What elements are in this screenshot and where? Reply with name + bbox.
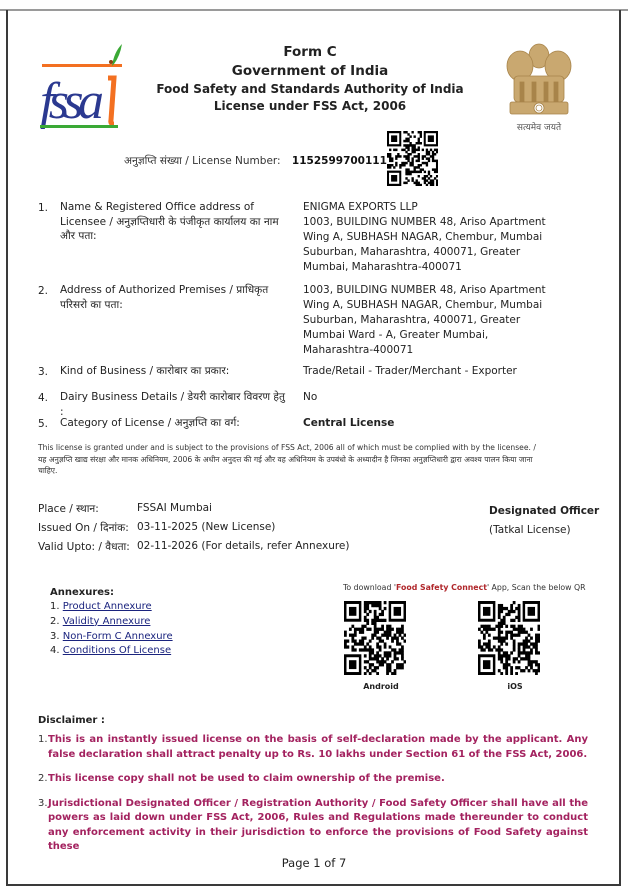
document-header: Form C Government of India Food Safety a…	[150, 43, 470, 115]
field-number: 1.	[38, 202, 48, 214]
issued-label: Issued On / दिनांक:	[38, 521, 129, 535]
fssai-logo: fssa	[38, 42, 123, 130]
place-label: Place / स्थान:	[38, 502, 99, 516]
disclaimer-text: Jurisdictional Designated Officer / Regi…	[48, 798, 588, 853]
field-label: Category of License / अनुज्ञप्ति का वर्ग…	[60, 416, 288, 431]
app-download-text: To download 'Food Safety Connect' App, S…	[343, 583, 586, 592]
app-download-prefix: To download '	[343, 583, 396, 592]
field-number: 3.	[38, 366, 48, 378]
annexure-number: 1.	[50, 601, 60, 612]
page-number: Page 1 of 7	[0, 856, 628, 870]
officer-subtitle: (Tatkal License)	[489, 521, 599, 540]
annexure-number: 4.	[50, 645, 60, 656]
non-form-c-annexure-link[interactable]: Non-Form C Annexure	[63, 631, 173, 642]
field-value: ENIGMA EXPORTS LLP 1003, BUILDING NUMBER…	[303, 200, 553, 275]
ios-qr-code-icon	[478, 601, 540, 675]
field-label: Dairy Business Details / डेयरी कारोबार व…	[60, 390, 288, 419]
field-number: 4.	[38, 392, 48, 404]
authority-title: Food Safety and Standards Authority of I…	[150, 81, 470, 98]
validity-annexure-link[interactable]: Validity Annexure	[63, 616, 151, 627]
field-number: 5.	[38, 418, 48, 430]
designated-officer: Designated Officer (Tatkal License)	[489, 502, 599, 540]
android-qr-code-icon	[344, 601, 406, 675]
license-qr-code-icon	[387, 131, 438, 186]
annexure-number: 3.	[50, 631, 60, 642]
act-title: License under FSS Act, 2006	[150, 98, 470, 115]
annexures: Annexures: 1. Product Annexure 2. Validi…	[50, 585, 173, 659]
license-number-value: 11525997001111	[292, 155, 394, 167]
app-download-suffix: ' App, Scan the below QR	[487, 583, 586, 592]
field-value: No	[303, 390, 553, 405]
license-number-row: अनुज्ञप्ति संख्या / License Number: 1152…	[124, 154, 394, 168]
field-value: Trade/Retail - Trader/Merchant - Exporte…	[303, 364, 553, 379]
valid-value: 02-11-2026 (For details, refer Annexure)	[137, 540, 350, 552]
national-emblem-icon: सत्यमेव जयते	[500, 38, 578, 136]
issued-value: 03-11-2025 (New License)	[137, 521, 275, 533]
disclaimer-title: Disclaimer :	[38, 713, 588, 729]
disclaimer: Disclaimer : 1.This is an instantly issu…	[38, 713, 588, 865]
annexure-item: 2. Validity Annexure	[50, 615, 173, 630]
annexure-item: 1. Product Annexure	[50, 600, 173, 615]
field-label: Kind of Business / कारोबार का प्रकार:	[60, 364, 288, 379]
annexure-item: 4. Conditions Of License	[50, 644, 173, 659]
field-value: 1003, BUILDING NUMBER 48, Ariso Apartmen…	[303, 283, 553, 358]
disclaimer-text: This is an instantly issued license on t…	[48, 734, 588, 760]
valid-label: Valid Upto: / वैधता:	[38, 540, 130, 554]
field-label: Name & Registered Office address of Lice…	[60, 200, 288, 244]
disclaimer-item: 3.Jurisdictional Designated Officer / Re…	[38, 797, 588, 855]
license-number-label: अनुज्ञप्ति संख्या / License Number:	[124, 155, 281, 167]
place-value: FSSAI Mumbai	[137, 502, 212, 514]
ios-label: iOS	[480, 682, 550, 691]
officer-title: Designated Officer	[489, 502, 599, 521]
svg-text:fssa: fssa	[40, 73, 103, 130]
disclaimer-text: This license copy shall not be used to c…	[48, 773, 445, 784]
disclaimer-number: 2.	[38, 772, 48, 787]
app-brand-name: Food Safety Connect	[396, 583, 487, 592]
android-label: Android	[346, 682, 416, 691]
license-notice: This license is granted under and is sub…	[38, 442, 538, 477]
product-annexure-link[interactable]: Product Annexure	[63, 601, 152, 612]
svg-text:सत्यमेव जयते: सत्यमेव जयते	[517, 121, 562, 133]
annexures-title: Annexures:	[50, 585, 173, 600]
disclaimer-item: 1.This is an instantly issued license on…	[38, 733, 588, 762]
conditions-of-license-link[interactable]: Conditions Of License	[63, 645, 171, 656]
field-value: Central License	[303, 416, 553, 431]
government-title: Government of India	[150, 62, 470, 81]
annexure-item: 3. Non-Form C Annexure	[50, 630, 173, 645]
disclaimer-number: 1.	[38, 733, 48, 748]
annexure-number: 2.	[50, 616, 60, 627]
field-number: 2.	[38, 285, 48, 297]
form-title: Form C	[150, 43, 470, 62]
disclaimer-item: 2.This license copy shall not be used to…	[38, 772, 588, 787]
disclaimer-number: 3.	[38, 797, 48, 812]
field-label: Address of Authorized Premises / प्राधिक…	[60, 283, 288, 312]
